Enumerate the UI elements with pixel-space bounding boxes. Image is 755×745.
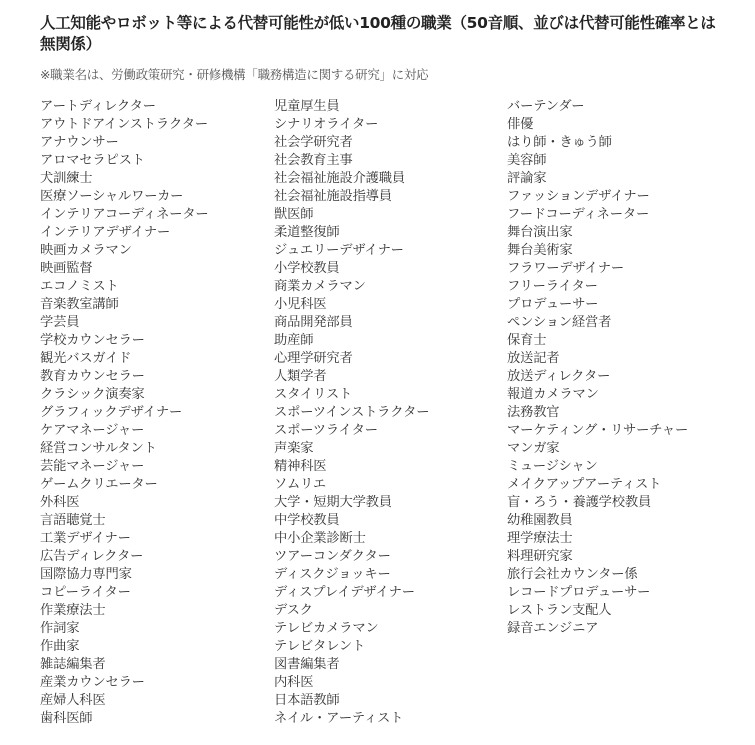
occupation-item: 助産師 [274,332,429,350]
source-note: ※職業名は、労働政策研究・研修機構「職務構造に関する研究」に対応 [40,66,428,84]
occupation-item: 映画監督 [40,260,209,278]
occupation-item: ディスプレイデザイナー [274,584,429,602]
occupation-item: 幼稚園教員 [507,512,688,530]
occupation-item: ミュージシャン [507,458,688,476]
occupation-item: 録音エンジニア [507,620,688,638]
occupation-item: レストラン支配人 [507,602,688,620]
occupation-item: 小児科医 [274,296,429,314]
occupation-item: 理学療法士 [507,530,688,548]
occupation-item: アナウンサー [40,134,209,152]
occupation-item: 精神科医 [274,458,429,476]
page-title: 人工知能やロボット等による代替可能性が低い100種の職業（50音順、並びは代替可… [40,13,730,55]
occupation-item: アウトドアインストラクター [40,116,209,134]
occupation-item: 映画カメラマン [40,242,209,260]
occupation-item: 児童厚生員 [274,98,429,116]
occupation-item: はり師・きゅう師 [507,134,688,152]
occupation-item: ペンション経営者 [507,314,688,332]
occupation-item: 図書編集者 [274,656,429,674]
occupation-item: 美容師 [507,152,688,170]
occupation-item: ディスクジョッキー [274,566,429,584]
occupation-item: アロマセラピスト [40,152,209,170]
occupation-item: 社会福祉施設指導員 [274,188,429,206]
occupation-item: 獣医師 [274,206,429,224]
occupation-item: 観光バスガイド [40,350,209,368]
occupation-item: 歯科医師 [40,710,209,728]
occupation-item: 産婦人科医 [40,692,209,710]
occupation-item: 放送ディレクター [507,368,688,386]
occupation-item: ツアーコンダクター [274,548,429,566]
occupation-item: インテリアデザイナー [40,224,209,242]
occupation-item: フリーライター [507,278,688,296]
occupation-item: クラシック演奏家 [40,386,209,404]
occupation-item: フラワーデザイナー [507,260,688,278]
occupation-item: 心理学研究者 [274,350,429,368]
occupation-item: 広告ディレクター [40,548,209,566]
occupation-item: スポーツライター [274,422,429,440]
occupation-item: 言語聴覚士 [40,512,209,530]
occupation-item: 学芸員 [40,314,209,332]
occupation-item: 法務教官 [507,404,688,422]
occupation-item: 報道カメラマン [507,386,688,404]
occupation-item: ネイル・アーティスト [274,710,429,728]
occupation-item: テレビカメラマン [274,620,429,638]
occupation-item: アートディレクター [40,98,209,116]
occupation-item: 作詞家 [40,620,209,638]
occupation-item: 商業カメラマン [274,278,429,296]
occupation-item: メイクアップアーティスト [507,476,688,494]
occupation-item: 医療ソーシャルワーカー [40,188,209,206]
occupation-item: ファッションデザイナー [507,188,688,206]
occupation-item: 人類学者 [274,368,429,386]
occupation-item: 中小企業診断士 [274,530,429,548]
occupation-item: バーテンダー [507,98,688,116]
occupation-item: 内科医 [274,674,429,692]
occupation-item: 学校カウンセラー [40,332,209,350]
occupation-item: 舞台美術家 [507,242,688,260]
occupation-item: 旅行会社カウンター係 [507,566,688,584]
occupation-item: スタイリスト [274,386,429,404]
occupation-item: 雑誌編集者 [40,656,209,674]
occupation-item: 犬訓練士 [40,170,209,188]
occupation-item: 社会学研究者 [274,134,429,152]
occupation-item: 保育士 [507,332,688,350]
occupation-item: デスク [274,602,429,620]
occupation-item: 声楽家 [274,440,429,458]
occupation-item: 産業カウンセラー [40,674,209,692]
occupation-item: 社会福祉施設介護職員 [274,170,429,188]
occupation-item: 小学校教員 [274,260,429,278]
occupation-column-3: バーテンダー俳優はり師・きゅう師美容師評論家ファッションデザイナーフードコーディ… [507,98,688,638]
occupation-item: コピーライター [40,584,209,602]
occupation-item: レコードプロデューサー [507,584,688,602]
occupation-item: 外科医 [40,494,209,512]
occupation-item: 教育カウンセラー [40,368,209,386]
occupation-item: ソムリエ [274,476,429,494]
occupation-item: 盲・ろう・養護学校教員 [507,494,688,512]
occupation-item: 放送記者 [507,350,688,368]
occupation-item: エコノミスト [40,278,209,296]
occupation-item: 芸能マネージャー [40,458,209,476]
occupation-item: ジュエリーデザイナー [274,242,429,260]
occupation-item: 日本語教師 [274,692,429,710]
occupation-column-1: アートディレクターアウトドアインストラクターアナウンサーアロマセラピスト犬訓練士… [40,98,209,728]
occupation-item: マンガ家 [507,440,688,458]
occupation-item: ゲームクリエーター [40,476,209,494]
occupation-item: グラフィックデザイナー [40,404,209,422]
occupation-item: 大学・短期大学教員 [274,494,429,512]
occupation-item: 俳優 [507,116,688,134]
occupation-item: 作曲家 [40,638,209,656]
occupation-item: 中学校教員 [274,512,429,530]
occupation-item: マーケティング・リサーチャー [507,422,688,440]
occupation-item: 柔道整復師 [274,224,429,242]
occupation-item: プロデューサー [507,296,688,314]
occupation-item: 音楽教室講師 [40,296,209,314]
occupation-item: 作業療法士 [40,602,209,620]
occupation-item: 料理研究家 [507,548,688,566]
occupation-item: 商品開発部員 [274,314,429,332]
occupation-column-2: 児童厚生員シナリオライター社会学研究者社会教育主事社会福祉施設介護職員社会福祉施… [274,98,429,728]
occupation-item: 舞台演出家 [507,224,688,242]
occupation-item: ケアマネージャー [40,422,209,440]
occupation-item: 評論家 [507,170,688,188]
occupation-item: スポーツインストラクター [274,404,429,422]
occupation-item: テレビタレント [274,638,429,656]
occupation-item: 工業デザイナー [40,530,209,548]
occupation-item: 経営コンサルタント [40,440,209,458]
occupation-item: 社会教育主事 [274,152,429,170]
occupation-item: 国際協力専門家 [40,566,209,584]
occupation-item: インテリアコーディネーター [40,206,209,224]
occupation-item: フードコーディネーター [507,206,688,224]
occupation-item: シナリオライター [274,116,429,134]
